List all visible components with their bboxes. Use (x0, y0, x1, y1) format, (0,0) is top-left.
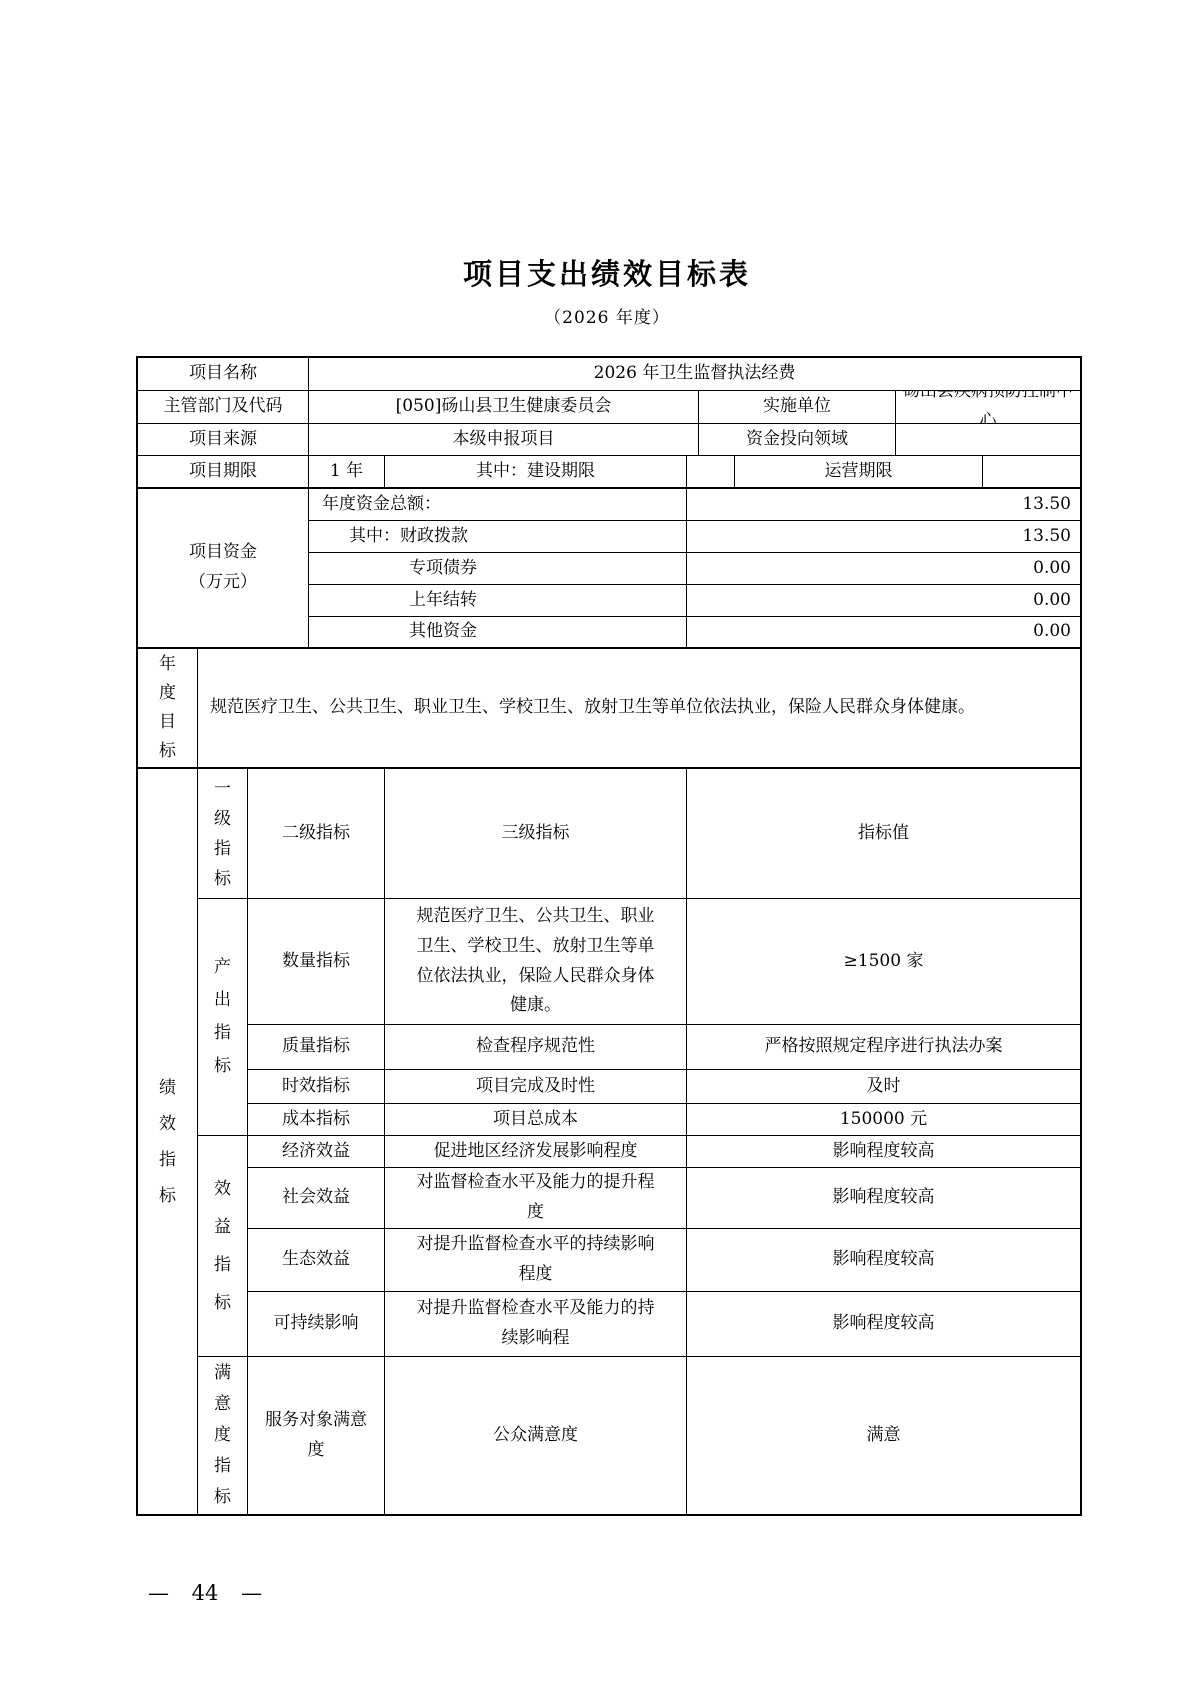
indicators-section-label-text: 绩效指标 (158, 1070, 178, 1214)
indicator-l2: 成本指标 (248, 1104, 385, 1136)
fund-row-name: 其中：财政拨款 (309, 521, 687, 553)
fund-row-name: 专项债券 (309, 553, 687, 585)
project-name-label: 项目名称 (138, 358, 309, 391)
header-value: 指标值 (687, 769, 1080, 899)
group-satisfaction-label-text: 满意度指标 (213, 1358, 233, 1513)
dept-label: 主管部门及代码 (138, 391, 309, 424)
group-benefit-label: 效益指标 (198, 1136, 248, 1357)
indicator-l3: 对提升监督检查水平的持续影响程度 (385, 1229, 687, 1292)
oper-period-value (983, 456, 1080, 489)
period-value: 1 年 (309, 456, 385, 489)
indicator-value: 影响程度较高 (687, 1136, 1080, 1168)
fund-row-name: 上年结转 (309, 585, 687, 617)
page-title: 项目支出绩效目标表 (136, 252, 1078, 293)
build-period-value (687, 456, 735, 489)
indicator-value: 满意 (687, 1357, 1080, 1514)
indicator-value: 影响程度较高 (687, 1168, 1080, 1229)
invest-field-value (896, 424, 1080, 456)
header-level1: 一级指标 (198, 769, 248, 899)
header-level3: 三级指标 (385, 769, 687, 899)
annual-goal-label: 年度目标 (138, 649, 198, 769)
header-level1-text: 一级指标 (213, 774, 233, 894)
indicator-l2: 经济效益 (248, 1136, 385, 1168)
fund-row-name: 年度资金总额： (309, 489, 687, 521)
indicator-value: ≥1500 家 (687, 899, 1080, 1025)
fund-row-value: 0.00 (687, 585, 1080, 617)
document-page: 项目支出绩效目标表 （2026 年度） 项目名称 2026 年卫生监督执法经费 … (0, 0, 1190, 1683)
impl-unit-value: 砀山县疾病预防控制中心 (896, 391, 1080, 424)
indicator-value: 影响程度较高 (687, 1229, 1080, 1292)
build-period-label: 其中：建设期限 (385, 456, 687, 489)
indicator-l2: 质量指标 (248, 1025, 385, 1070)
indicator-l3: 项目完成及时性 (385, 1070, 687, 1104)
fund-row-value: 13.50 (687, 489, 1080, 521)
indicator-l3: 对提升监督检查水平及能力的持续影响程 (385, 1292, 687, 1357)
fund-row-name: 其他资金 (309, 617, 687, 649)
group-benefit-label-text: 效益指标 (213, 1170, 233, 1322)
group-output-label: 产出指标 (198, 899, 248, 1136)
indicator-l3: 检查程序规范性 (385, 1025, 687, 1070)
fund-row-value: 0.00 (687, 553, 1080, 585)
indicator-l3: 对监督检查水平及能力的提升程度 (385, 1168, 687, 1229)
indicator-value: 影响程度较高 (687, 1292, 1080, 1357)
indicator-l2: 生态效益 (248, 1229, 385, 1292)
funds-label: 项目资金 （万元） (138, 489, 309, 649)
indicator-value: 严格按照规定程序进行执法办案 (687, 1025, 1080, 1070)
annual-goal-text: 规范医疗卫生、公共卫生、职业卫生、学校卫生、放射卫生等单位依法执业，保险人民群众… (198, 649, 1080, 769)
dept-value: [050]砀山县卫生健康委员会 (309, 391, 699, 424)
fund-row-value: 13.50 (687, 521, 1080, 553)
indicator-l3: 公众满意度 (385, 1357, 687, 1514)
oper-period-label: 运营期限 (735, 456, 983, 489)
page-number: — 44 — (148, 1581, 262, 1605)
performance-target-table: 项目名称 2026 年卫生监督执法经费 主管部门及代码 [050]砀山县卫生健康… (136, 356, 1082, 1516)
period-label: 项目期限 (138, 456, 309, 489)
indicator-l2: 社会效益 (248, 1168, 385, 1229)
invest-field-label: 资金投向领域 (699, 424, 896, 456)
group-output-label-text: 产出指标 (213, 951, 233, 1083)
indicators-section-label: 绩效指标 (138, 769, 198, 1514)
indicator-l2: 可持续影响 (248, 1292, 385, 1357)
indicator-l3: 项目总成本 (385, 1104, 687, 1136)
indicator-l3: 规范医疗卫生、公共卫生、职业卫生、学校卫生、放射卫生等单位依法执业，保险人民群众… (385, 899, 687, 1025)
header-level2: 二级指标 (248, 769, 385, 899)
impl-unit-label: 实施单位 (699, 391, 896, 424)
indicator-value: 及时 (687, 1070, 1080, 1104)
page-subtitle: （2026 年度） (136, 303, 1078, 328)
source-value: 本级申报项目 (309, 424, 699, 456)
indicator-l3: 促进地区经济发展影响程度 (385, 1136, 687, 1168)
annual-goal-label-text: 年度目标 (158, 650, 178, 766)
group-satisfaction-label: 满意度指标 (198, 1357, 248, 1514)
indicator-value: 150000 元 (687, 1104, 1080, 1136)
indicator-l2: 数量指标 (248, 899, 385, 1025)
project-name-value: 2026 年卫生监督执法经费 (309, 358, 1080, 391)
fund-row-value: 0.00 (687, 617, 1080, 649)
indicator-l2: 时效指标 (248, 1070, 385, 1104)
indicator-l2: 服务对象满意度 (248, 1357, 385, 1514)
source-label: 项目来源 (138, 424, 309, 456)
